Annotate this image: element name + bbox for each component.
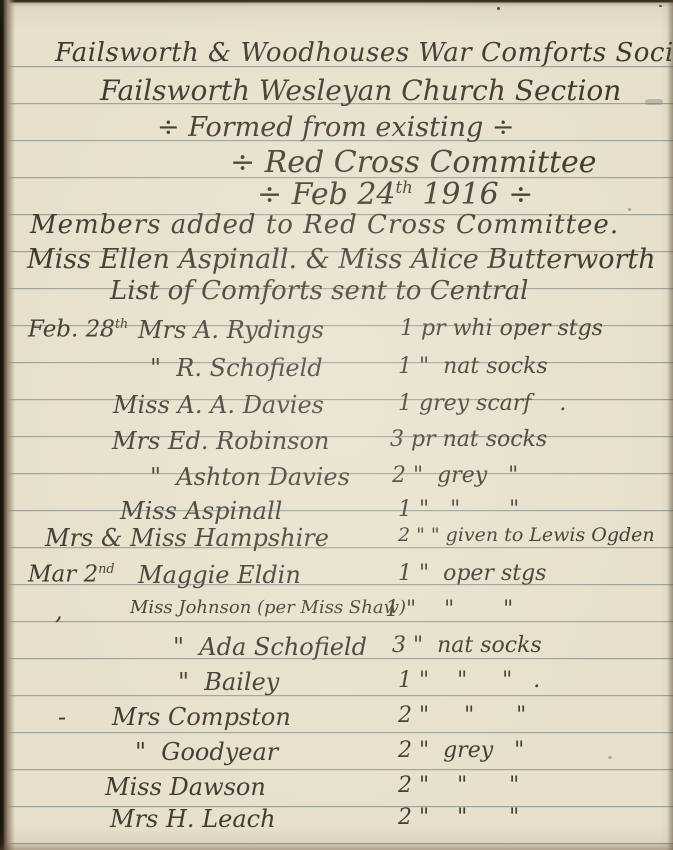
entry-date-text: Feb. 28 bbox=[28, 317, 115, 343]
contributor-name: " Bailey bbox=[178, 670, 279, 694]
comforts-list-title: List of Comforts sent to Central bbox=[110, 278, 528, 304]
page-bottom-edge bbox=[0, 842, 673, 850]
contributor-name: Mrs & Miss Hampshire bbox=[45, 526, 329, 550]
contributor-name: " R. Schofield bbox=[150, 356, 323, 380]
contributor-name: Miss A. A. Davies bbox=[113, 393, 324, 417]
comfort-item: 3 pr nat socks bbox=[390, 429, 547, 451]
contributor-name: Maggie Eldin bbox=[138, 563, 301, 587]
ledger-row: ,Miss Johnson (per Miss Shaw)1 " " " bbox=[0, 599, 673, 633]
contributor-name: Mrs H. Leach bbox=[110, 807, 276, 831]
paper-smudge bbox=[645, 99, 663, 105]
entry-date-suffix: th bbox=[115, 316, 128, 331]
comfort-item: 2 " grey " bbox=[392, 465, 518, 487]
comfort-item: 1 " " " bbox=[398, 499, 519, 521]
ledger-row: " R. Schofield1 " nat socks bbox=[0, 356, 673, 390]
ledger-row: -Mrs Compston2 " " " bbox=[0, 705, 673, 739]
ledger-row: " Goodyear2 " grey " bbox=[0, 740, 673, 774]
comfort-item: 2 " " " bbox=[398, 775, 519, 797]
entry-prefix-mark: - bbox=[58, 705, 66, 729]
contributor-name: " Goodyear bbox=[135, 740, 278, 764]
ledger-page: Failsworth & Woodhouses War Comforts Soc… bbox=[0, 0, 673, 850]
committee-date-suffix: th bbox=[396, 178, 413, 197]
ledger-row: Mrs H. Leach2 " " " bbox=[0, 807, 673, 841]
comfort-item: 2 " grey " bbox=[398, 740, 524, 762]
ledger-row: Mrs & Miss Hampshire2 " " given to Lewis… bbox=[0, 526, 673, 560]
entry-date: Feb. 28th bbox=[28, 318, 128, 342]
comfort-item: 1 " nat socks bbox=[398, 356, 548, 378]
formed-from-line: ÷ Formed from existing ÷ bbox=[157, 114, 514, 141]
comfort-item: 1 " " " . bbox=[398, 670, 540, 692]
committee-date-text: ÷ Feb 24 bbox=[257, 177, 396, 212]
committee-date-line: ÷ Feb 24th 1916 ÷ bbox=[257, 180, 533, 210]
ledger-row: Miss Dawson2 " " " bbox=[0, 775, 673, 809]
contributor-name: Mrs Compston bbox=[112, 705, 291, 729]
comfort-item: 1 grey scarf . bbox=[398, 393, 566, 415]
contributor-name: Mrs A. Rydings bbox=[138, 318, 324, 342]
paper-speck bbox=[659, 5, 662, 7]
comfort-item: 1 " oper stgs bbox=[398, 563, 546, 585]
contributor-name: Miss Johnson (per Miss Shaw) bbox=[130, 599, 406, 617]
comfort-item: 2 " " given to Lewis Ogden bbox=[398, 526, 655, 545]
contributor-name: " Ada Schofield bbox=[173, 635, 367, 659]
comfort-item: 2 " " " bbox=[398, 705, 526, 727]
section-title: Failsworth Wesleyan Church Section bbox=[100, 77, 621, 105]
comfort-item: 2 " " " bbox=[398, 807, 519, 829]
contributor-name: Miss Dawson bbox=[105, 775, 266, 799]
page-top-edge bbox=[0, 0, 673, 7]
entry-date: Mar 2nd bbox=[28, 563, 114, 587]
paper-speck bbox=[497, 7, 500, 10]
ledger-row: Feb. 28thMrs A. Rydings1 pr whi oper stg… bbox=[0, 318, 673, 352]
society-title: Failsworth & Woodhouses War Comforts Soc… bbox=[55, 40, 673, 66]
ledger-row: " Bailey1 " " " . bbox=[0, 670, 673, 704]
ledger-row: Miss A. A. Davies1 grey scarf . bbox=[0, 393, 673, 427]
ledger-row: Mrs Ed. Robinson3 pr nat socks bbox=[0, 429, 673, 463]
contributor-name: " Ashton Davies bbox=[150, 465, 350, 489]
comfort-item: 1 pr whi oper stgs bbox=[400, 318, 603, 340]
paper-speck bbox=[628, 208, 631, 211]
members-added-line: Members added to Red Cross Committee. bbox=[30, 212, 619, 238]
entry-prefix-mark: , bbox=[55, 599, 63, 623]
contributor-name: Mrs Ed. Robinson bbox=[112, 429, 329, 453]
committee-date-year: 1916 ÷ bbox=[413, 177, 534, 212]
comfort-item: 1 " " " bbox=[385, 599, 513, 621]
members-names-line: Miss Ellen Aspinall. & Miss Alice Butter… bbox=[27, 246, 656, 273]
red-cross-committee-line: ÷ Red Cross Committee bbox=[230, 148, 597, 178]
ledger-row: Mar 2ndMaggie Eldin1 " oper stgs bbox=[0, 563, 673, 597]
ledger-row: " Ashton Davies2 " grey " bbox=[0, 465, 673, 499]
contributor-name: Miss Aspinall bbox=[120, 499, 282, 523]
entry-date-text: Mar 2 bbox=[28, 562, 98, 588]
comfort-item: 3 " nat socks bbox=[392, 635, 542, 657]
ledger-row: " Ada Schofield3 " nat socks bbox=[0, 635, 673, 669]
entry-date-suffix: nd bbox=[98, 561, 114, 576]
